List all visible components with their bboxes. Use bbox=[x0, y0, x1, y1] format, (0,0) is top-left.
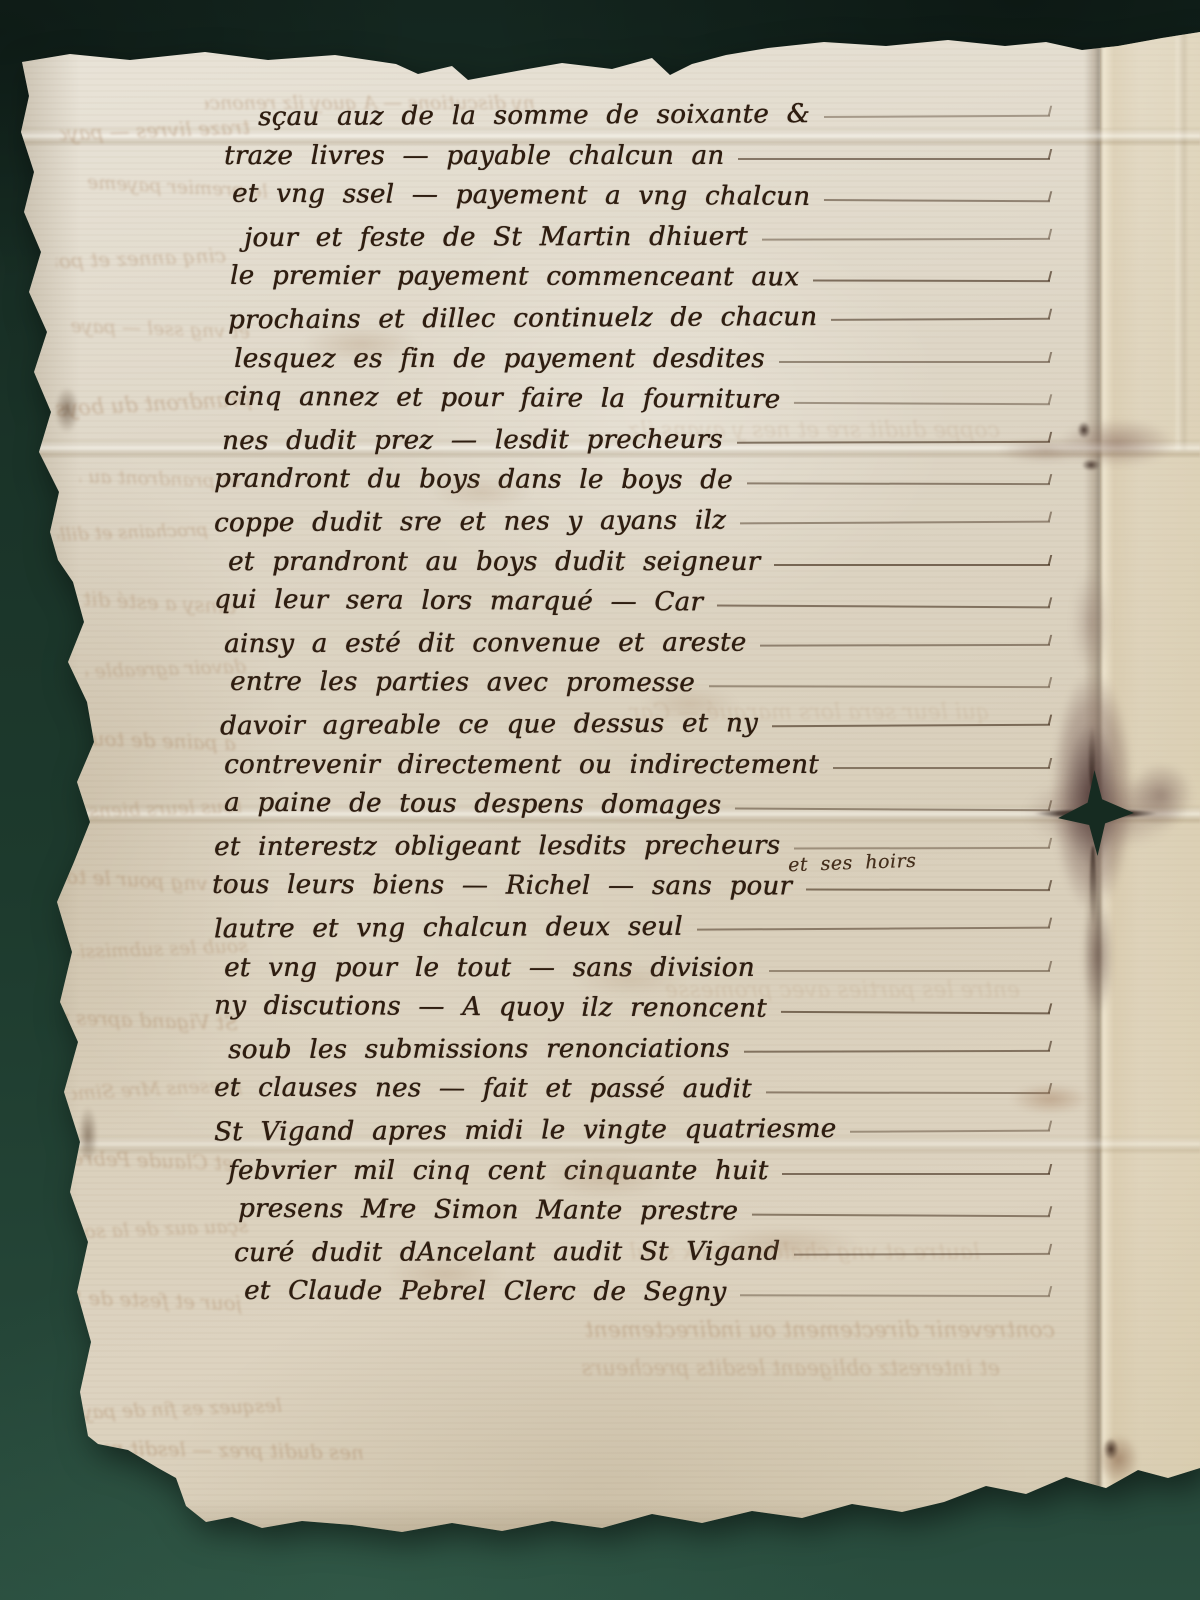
manuscript-line-text: tous leurs biens — Richel — sans pour bbox=[212, 868, 792, 904]
manuscript-line: contrevenir directement ou indirectement bbox=[224, 748, 1052, 782]
manuscript-line-text: et interestz obligeant lesdits precheurs bbox=[214, 828, 780, 864]
ink-stain bbox=[1080, 458, 1102, 472]
line-filler-stroke bbox=[824, 199, 1050, 202]
line-filler-stroke bbox=[772, 724, 1050, 728]
ink-stain bbox=[76, 1100, 100, 1170]
ink-stain bbox=[1078, 880, 1118, 1030]
ink-stain bbox=[690, 1222, 880, 1266]
manuscript-line: et vng ssel — payement a vng chalcun bbox=[232, 177, 1052, 216]
line-filler-stroke bbox=[806, 889, 1050, 892]
ink-stain bbox=[1090, 846, 1096, 928]
manuscript-line: nes dudit prez — lesdit precheurs bbox=[222, 422, 1052, 458]
manuscript-line-text: sçau auz de la somme de soixante & bbox=[258, 97, 810, 134]
manuscript-line: coppe dudit sre et nes y ayans ilz bbox=[214, 502, 1052, 541]
manuscript-line-text: presens Mre Simon Mante prestre bbox=[238, 1192, 738, 1229]
ink-stain bbox=[370, 1252, 520, 1296]
line-filler-stroke bbox=[717, 605, 1050, 609]
ink-stain bbox=[1102, 1436, 1120, 1462]
manuscript-line-text: St Vigand apres midi le vingte quatriesm… bbox=[214, 1112, 837, 1149]
manuscript-line: et interestz obligeant lesdits precheurs bbox=[214, 828, 1052, 864]
line-filler-stroke bbox=[747, 483, 1050, 486]
paper-shadow-wrapper: ny discutions — A quoy ilz renoncenttraz… bbox=[0, 0, 1200, 1600]
ink-stain bbox=[1076, 420, 1092, 440]
manuscript-line-text: contrevenir directement ou indirectement bbox=[224, 748, 819, 782]
manuscript-line-text: qui leur sera lors marqué — Car bbox=[214, 583, 703, 620]
line-filler-stroke bbox=[760, 644, 1050, 647]
ink-stain bbox=[1068, 556, 1114, 690]
manuscript-line-text: jour et feste de St Martin dhiuert bbox=[244, 220, 748, 255]
line-filler-stroke bbox=[831, 318, 1050, 321]
manuscript-line: et clauses nes — fait et passé audit bbox=[214, 1071, 1052, 1107]
line-filler-stroke bbox=[813, 280, 1050, 283]
manuscript-line: traze livres — payable chalcun an bbox=[224, 139, 1052, 173]
manuscript-page: ny discutions — A quoy ilz renoncenttraz… bbox=[0, 0, 1200, 1600]
manuscript-line: jour et feste de St Martin dhiuert bbox=[244, 219, 1052, 255]
ink-stain bbox=[416, 472, 546, 512]
manuscript-line-text: et clauses nes — fait et passé audit bbox=[214, 1071, 752, 1107]
line-filler-stroke bbox=[779, 361, 1050, 363]
interline-insertion: et ses hoirs bbox=[788, 850, 917, 876]
manuscript-line-text: lautre et vng chalcun deux seul bbox=[214, 910, 683, 947]
manuscript-line: tous leurs biens — Richel — sans pour bbox=[212, 868, 1052, 904]
ink-stain bbox=[1118, 752, 1200, 838]
manuscript-line: et Claude Pebrel Clerc de Segny bbox=[244, 1274, 1052, 1310]
line-filler-stroke bbox=[774, 564, 1050, 566]
ink-stain bbox=[286, 322, 436, 366]
ink-stain bbox=[1000, 1080, 1100, 1118]
line-filler-stroke bbox=[824, 115, 1050, 118]
manuscript-line-text: et vng ssel — payement a vng chalcun bbox=[232, 177, 810, 214]
manuscript-line: prandront du boys dans le boys de bbox=[214, 462, 1052, 498]
ink-stain bbox=[520, 1150, 690, 1204]
manuscript-line: lautre et vng chalcun deux seul bbox=[214, 908, 1052, 947]
line-filler-stroke bbox=[782, 1173, 1050, 1175]
line-filler-stroke bbox=[740, 521, 1050, 525]
line-filler-stroke bbox=[744, 1050, 1050, 1053]
manuscript-line: qui leur sera lors marqué — Car bbox=[214, 583, 1052, 622]
manuscript-line-text: a paine de tous despens domages bbox=[224, 786, 721, 823]
ink-stain bbox=[630, 682, 750, 726]
manuscript-line: cinq annez et pour faire la fourniture bbox=[224, 380, 1052, 419]
line-filler-stroke bbox=[850, 1130, 1050, 1133]
line-filler-stroke bbox=[740, 1295, 1050, 1298]
manuscript-line: et prandront au boys dudit seigneur bbox=[228, 545, 1052, 579]
manuscript-line: sçau auz de la somme de soixante & bbox=[258, 96, 1052, 134]
manuscript-line-text: traze livres — payable chalcun an bbox=[224, 139, 724, 173]
ink-stain bbox=[1092, 1428, 1144, 1490]
line-filler-stroke bbox=[762, 238, 1050, 241]
manuscript-line-text: le premier payement commenceant aux bbox=[230, 259, 799, 295]
manuscript-line: curé dudit dAncelant audit St Vigand bbox=[234, 1234, 1052, 1270]
ink-stain bbox=[560, 960, 700, 1000]
manuscript-line-text: soub les submissions renonciations bbox=[228, 1032, 730, 1067]
line-filler-stroke bbox=[709, 686, 1050, 689]
manuscript-line: ainsy a esté dit convenue et areste bbox=[224, 625, 1052, 661]
ink-stain bbox=[52, 382, 82, 438]
line-filler-stroke bbox=[769, 970, 1050, 972]
line-filler-stroke bbox=[794, 847, 1050, 850]
torn-edge-shading-top bbox=[0, 0, 1200, 30]
manuscript-line: St Vigand apres midi le vingte quatriesm… bbox=[214, 1111, 1052, 1150]
line-filler-stroke bbox=[781, 1011, 1050, 1015]
manuscript-line-text: ny discutions — A quoy ilz renoncent bbox=[214, 989, 767, 1026]
manuscript-line-text: ainsy a esté dit convenue et areste bbox=[224, 625, 746, 660]
manuscript-line-text: et prandront au boys dudit seigneur bbox=[228, 545, 760, 579]
line-filler-stroke bbox=[738, 158, 1050, 160]
manuscript-line: a paine de tous despens domages bbox=[224, 786, 1052, 825]
manuscript-line-text: cinq annez et pour faire la fourniture bbox=[224, 380, 780, 417]
line-filler-stroke bbox=[752, 1214, 1050, 1218]
manuscript-line: soub les submissions renonciations bbox=[228, 1031, 1052, 1067]
manuscript-line-text: entre les parties avec promesse bbox=[230, 665, 695, 700]
manuscript-line: le premier payement commenceant aux bbox=[230, 259, 1052, 295]
line-filler-stroke bbox=[794, 402, 1050, 405]
line-filler-stroke bbox=[697, 927, 1050, 931]
photograph-of-manuscript: { "colors": { "backdrop": "#1b3429", "pa… bbox=[0, 0, 1200, 1600]
line-filler-stroke bbox=[833, 767, 1050, 769]
manuscript-line-text: nes dudit prez — lesdit precheurs bbox=[222, 423, 723, 458]
